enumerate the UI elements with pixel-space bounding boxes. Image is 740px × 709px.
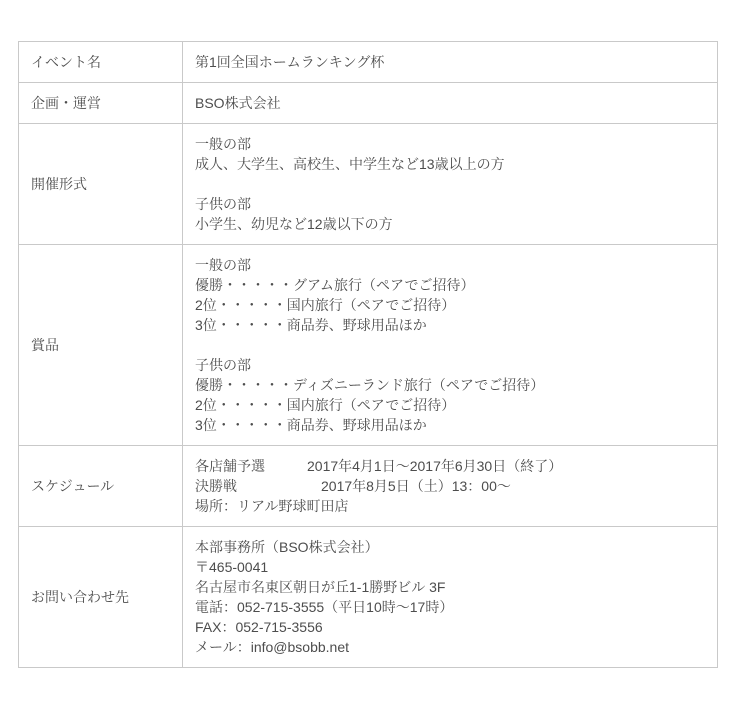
table-row-event-name: イベント名 第1回全国ホームランキング杯 [19, 42, 718, 83]
row-value: 一般の部 成人、大学生、高校生、中学生など13歳以上の方 子供の部 小学生、幼児… [183, 124, 718, 245]
row-value: BSO株式会社 [183, 83, 718, 124]
table-row-schedule: スケジュール 各店舗予選 2017年4月1日～2017年6月30日（終了） 決勝… [19, 446, 718, 527]
row-label: 賞品 [19, 245, 183, 446]
row-label: 企画・運営 [19, 83, 183, 124]
row-value: 第1回全国ホームランキング杯 [183, 42, 718, 83]
table-row-prizes: 賞品 一般の部 優勝・・・・・グアム旅行（ペアでご招待） 2位・・・・・国内旅行… [19, 245, 718, 446]
row-value: 各店舗予選 2017年4月1日～2017年6月30日（終了） 決勝戦 2017年… [183, 446, 718, 527]
table-row-contact: お問い合わせ先 本部事務所（BSO株式会社） 〒465-0041 名古屋市名東区… [19, 527, 718, 668]
row-value: 一般の部 優勝・・・・・グアム旅行（ペアでご招待） 2位・・・・・国内旅行（ペア… [183, 245, 718, 446]
event-info-table-body: イベント名 第1回全国ホームランキング杯 企画・運営 BSO株式会社 開催形式 … [19, 42, 718, 668]
row-value: 本部事務所（BSO株式会社） 〒465-0041 名古屋市名東区朝日が丘1-1勝… [183, 527, 718, 668]
table-row-format: 開催形式 一般の部 成人、大学生、高校生、中学生など13歳以上の方 子供の部 小… [19, 124, 718, 245]
event-info-table: イベント名 第1回全国ホームランキング杯 企画・運営 BSO株式会社 開催形式 … [18, 41, 718, 668]
row-label: お問い合わせ先 [19, 527, 183, 668]
table-row-organizer: 企画・運営 BSO株式会社 [19, 83, 718, 124]
row-label: スケジュール [19, 446, 183, 527]
row-label: 開催形式 [19, 124, 183, 245]
row-label: イベント名 [19, 42, 183, 83]
